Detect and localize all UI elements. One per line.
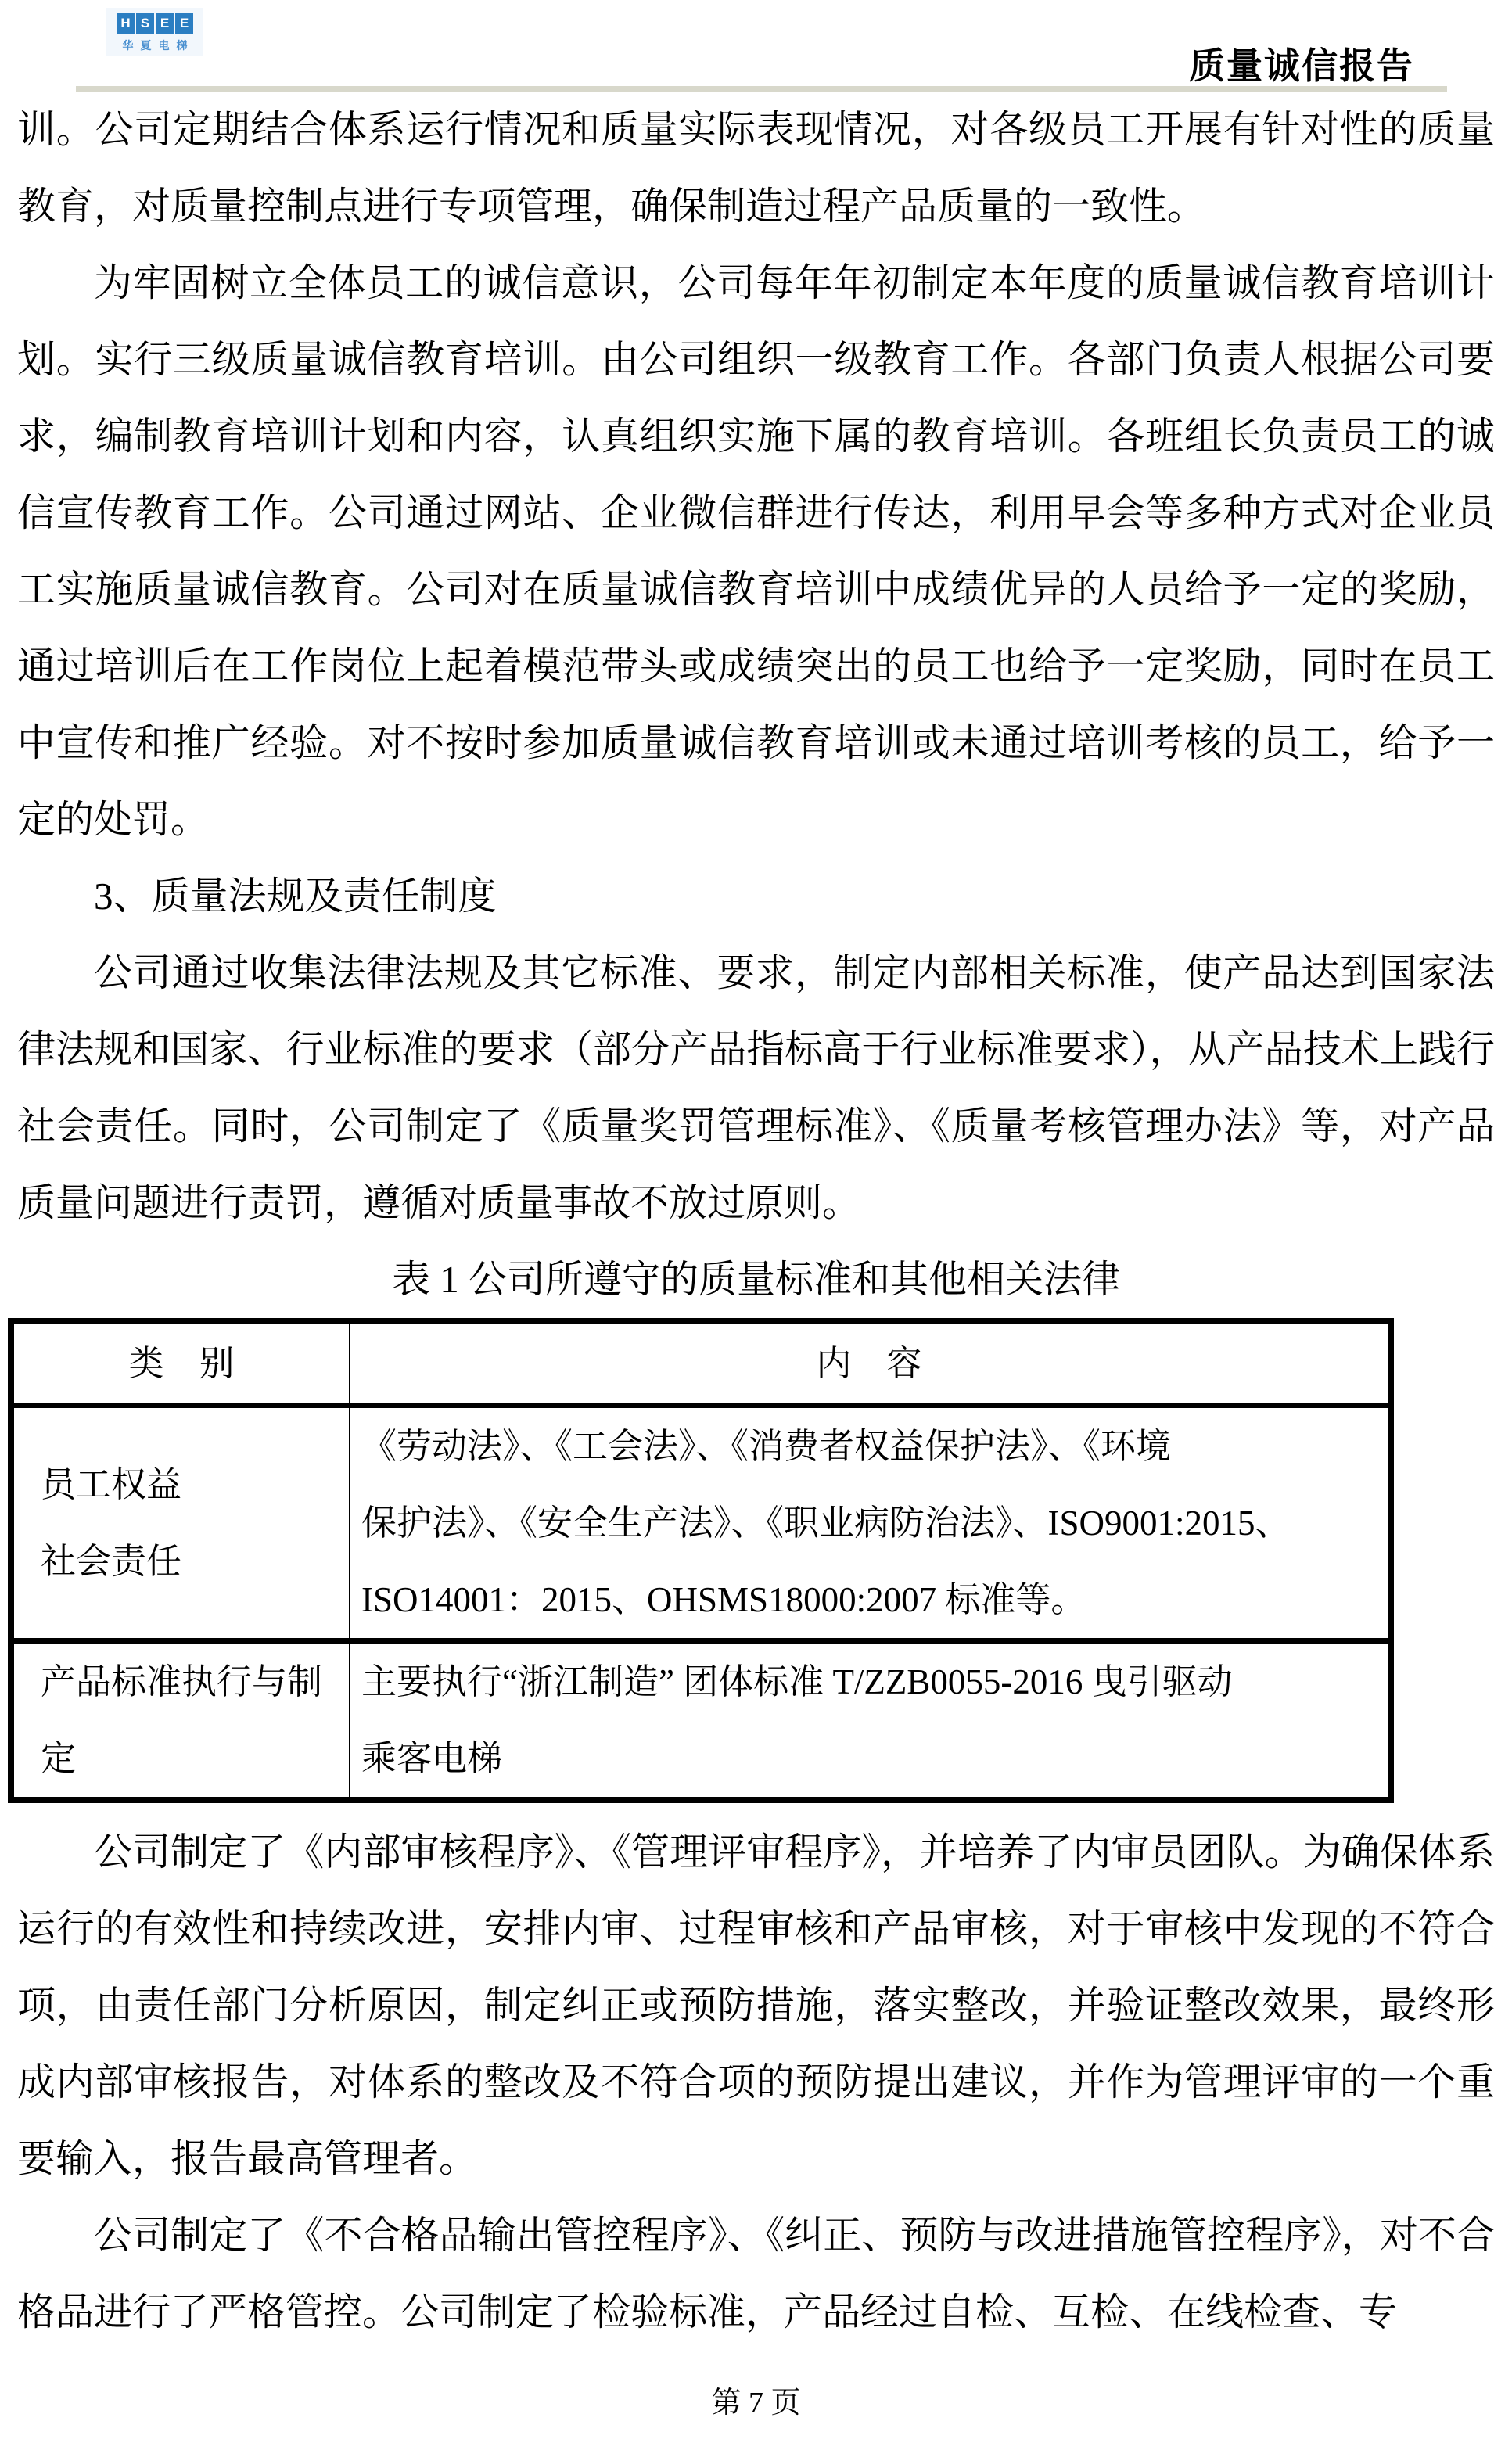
document-page: H S E E 华夏电梯 质量诚信报告 训。公司定期结合体系运行情况和质量实际表… xyxy=(0,0,1512,2450)
company-logo: H S E E 华夏电梯 xyxy=(106,8,203,56)
paragraph-nonconforming-control: 公司制定了《不合格品输出管控程序》、《纠正、预防与改进措施管控程序》，对不合格品… xyxy=(17,2197,1495,2351)
page-header: H S E E 华夏电梯 质量诚信报告 xyxy=(0,0,1512,92)
paragraph-internal-audit: 公司制定了《内部审核程序》、《管理评审程序》，并培养了内审员团队。为确保体系运行… xyxy=(17,1814,1495,2197)
table-row: 员工权益 社会责任 《劳动法》、《工会法》、《消费者权益保护法》、《环境 保护法… xyxy=(11,1406,1391,1641)
logo-letter-s: S xyxy=(136,13,154,34)
logo-subtitle: 华夏电梯 xyxy=(106,38,210,53)
section-heading-3: 3、质量法规及责任制度 xyxy=(17,858,1495,935)
cell-category-product-standards: 产品标准执行与制定 xyxy=(11,1641,350,1801)
paragraph-integrity-training: 为牢固树立全体员工的诚信意识，公司每年年初制定本年度的质量诚信教育培训计划。实行… xyxy=(17,245,1495,858)
cell-category-employee-rights: 员工权益 社会责任 xyxy=(11,1406,350,1641)
document-body: 训。公司定期结合体系运行情况和质量实际表现情况，对各级员工开展有针对性的质量教育… xyxy=(0,92,1512,2351)
table-header-row: 类 别 内 容 xyxy=(11,1321,1391,1406)
table-caption: 表 1 公司所遵守的质量标准和其他相关法律 xyxy=(17,1241,1495,1318)
column-header-category: 类 别 xyxy=(11,1321,350,1406)
cell-content-zhejiang-standard: 主要执行“浙江制造” 团体标准 T/ZZB0055-2016 曳引驱动 乘客电梯 xyxy=(350,1641,1391,1801)
logo-letter-e1: E xyxy=(156,13,174,34)
document-title: 质量诚信报告 xyxy=(1189,38,1414,89)
header-divider xyxy=(76,86,1447,92)
page-footer: 第 7 页 xyxy=(0,2378,1512,2421)
quality-standards-table: 类 别 内 容 员工权益 社会责任 《劳动法》、《工会法》、《消费者权益保护法》… xyxy=(8,1318,1394,1803)
logo-letter-h: H xyxy=(117,13,135,34)
table-row: 产品标准执行与制定 主要执行“浙江制造” 团体标准 T/ZZB0055-2016… xyxy=(11,1641,1391,1801)
page-number: 第 7 页 xyxy=(711,2387,800,2419)
paragraph-laws-standards: 公司通过收集法律法规及其它标准、要求，制定内部相关标准，使产品达到国家法律法规和… xyxy=(17,935,1495,1241)
paragraph-training-continuation: 训。公司定期结合体系运行情况和质量实际表现情况，对各级员工开展有针对性的质量教育… xyxy=(17,92,1495,245)
cell-content-laws: 《劳动法》、《工会法》、《消费者权益保护法》、《环境 保护法》、《安全生产法》、… xyxy=(350,1406,1391,1641)
column-header-content: 内 容 xyxy=(350,1321,1391,1406)
logo-letter-blocks: H S E E xyxy=(106,13,203,34)
logo-letter-e2: E xyxy=(175,13,193,34)
